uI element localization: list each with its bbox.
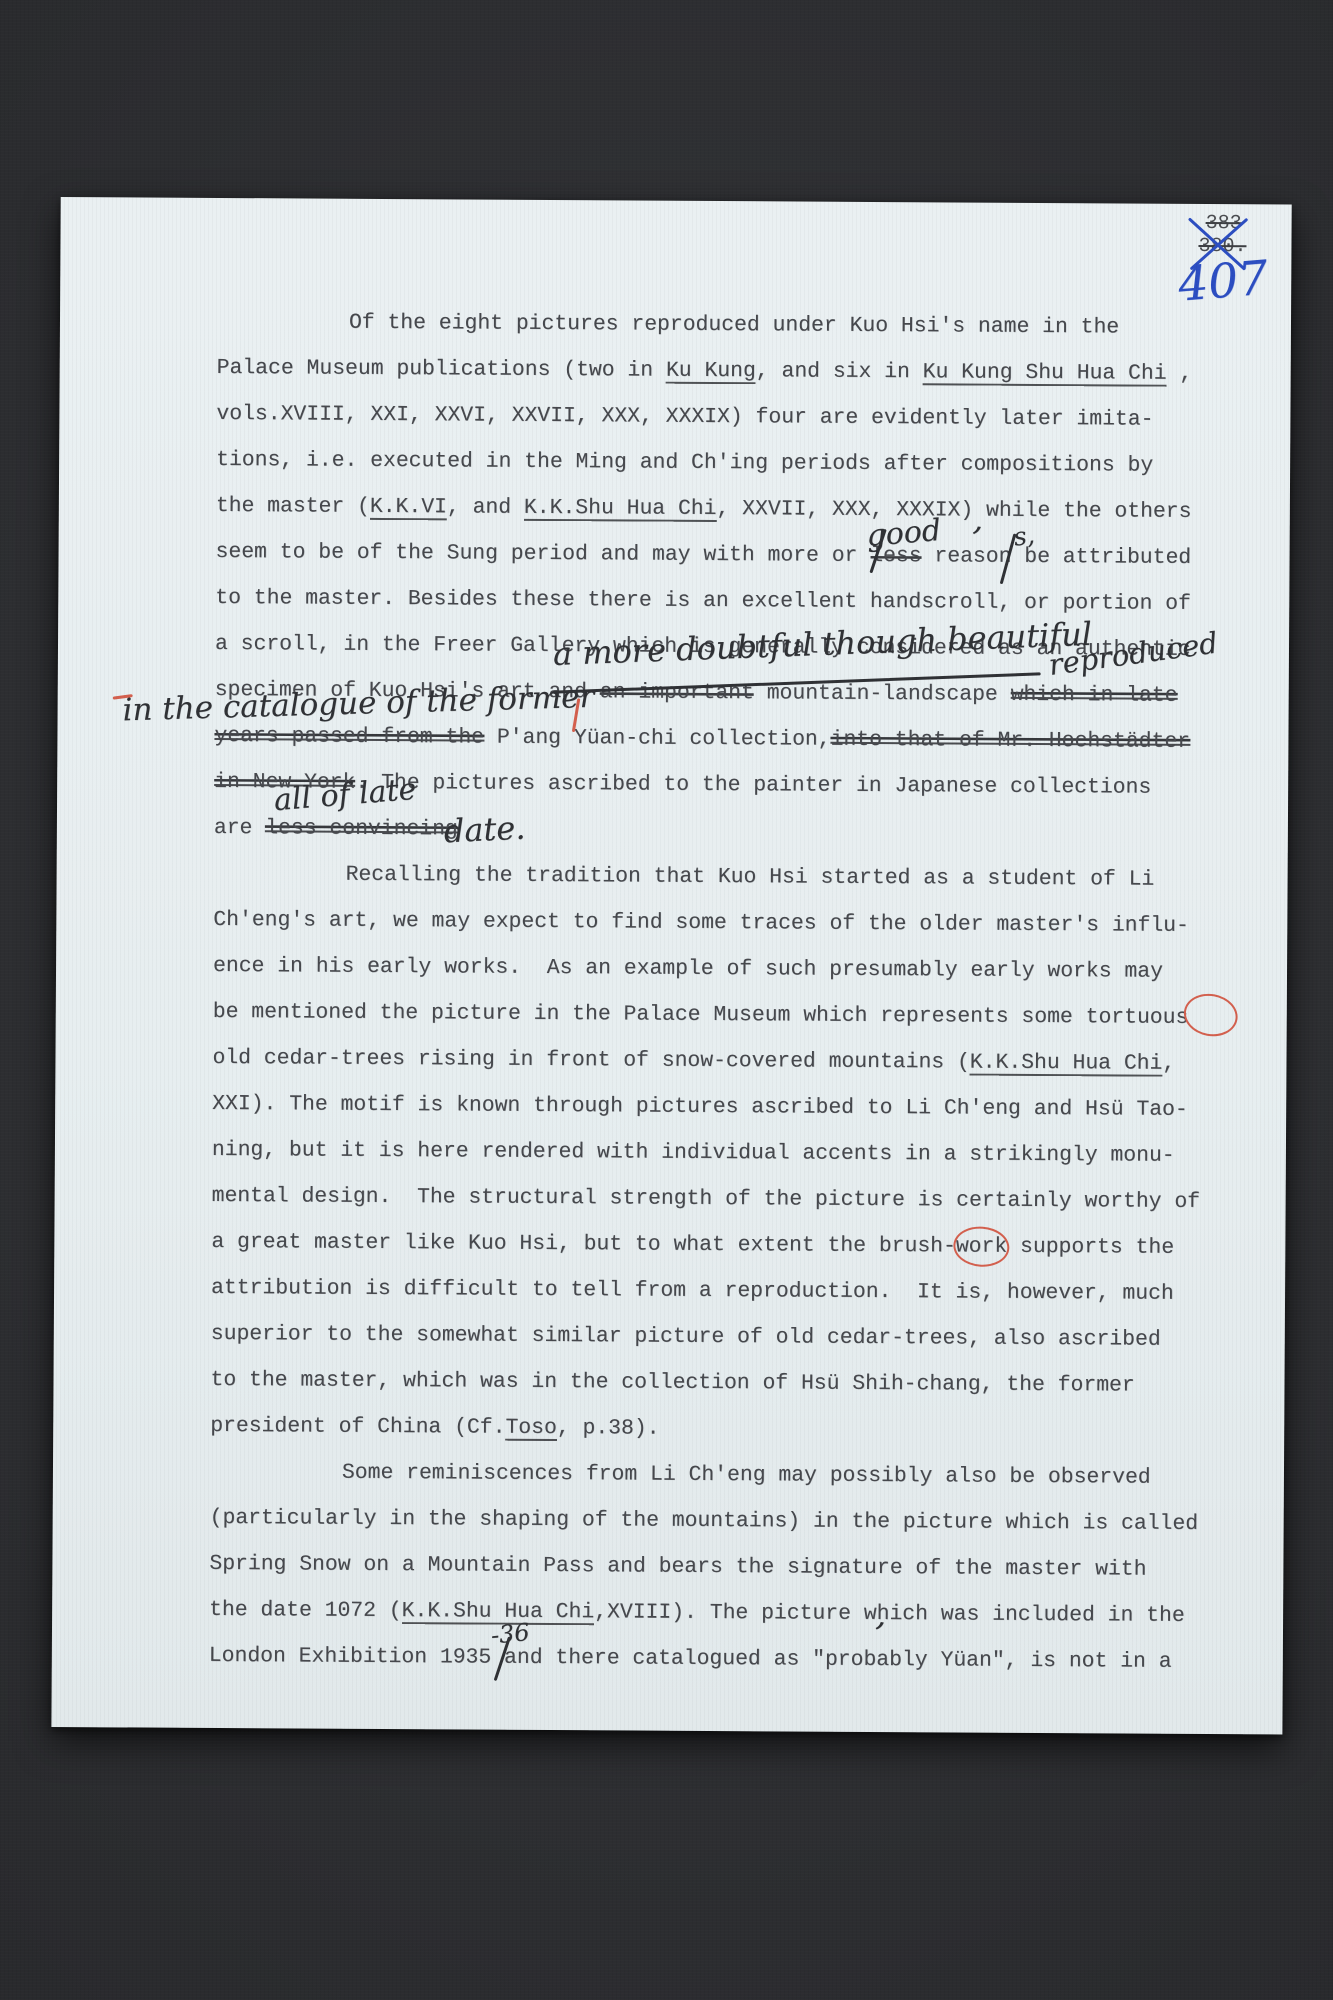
struck-out-text: less convincing <box>265 816 458 841</box>
typed-line: ning, but it is here rendered with indiv… <box>212 1127 1201 1179</box>
typed-line: ence in his early works. As an example o… <box>213 943 1202 995</box>
typed-line: (particularly in the shaping of the moun… <box>210 1495 1199 1547</box>
typed-line: attribution is difficult to tell from a … <box>211 1265 1200 1317</box>
typed-text: , p.38). <box>557 1416 660 1441</box>
typed-text: and there catalogued as "probably Yüan",… <box>491 1646 1171 1674</box>
struck-out-text: years passed from the <box>214 724 484 750</box>
typed-text: seem to be of the Sung period and may wi… <box>216 540 871 568</box>
typed-line: are less convincing <box>214 805 1203 857</box>
struck-out-text: which in late <box>1011 683 1178 708</box>
typed-line: old cedar-trees rising in front of snow-… <box>212 1035 1201 1087</box>
typed-text: mountain-landscape <box>754 681 1011 707</box>
typed-text: mental design. The structural strength o… <box>212 1184 1201 1214</box>
typed-text: , <box>1167 362 1193 386</box>
typed-text: president of China (Cf. <box>210 1414 505 1440</box>
typed-line: mental design. The structural strength o… <box>212 1173 1201 1225</box>
typed-line: president of China (Cf.Toso, p.38). <box>210 1403 1199 1455</box>
typed-line: London Exhibition 1935 and there catalog… <box>209 1633 1198 1685</box>
typed-line: a great master like Kuo Hsi, but to what… <box>211 1219 1200 1271</box>
typed-line: XXI). The motif is known through picture… <box>212 1081 1201 1133</box>
typed-text: , and <box>447 495 524 519</box>
typed-text: XXI). The motif is known through picture… <box>212 1092 1188 1122</box>
typed-text: reason be attributed <box>922 544 1192 570</box>
typed-text: Ch'eng's art, we may expect to find some… <box>213 908 1189 938</box>
typed-text: Recalling the tradition that Kuo Hsi sta… <box>346 863 1155 892</box>
typed-text: be mentioned the picture in the Palace M… <box>213 1000 1189 1030</box>
typed-text: London Exhibition 1935 <box>209 1644 492 1670</box>
insertion-s: s, <box>1012 522 1036 550</box>
typed-line: Ch'eng's art, we may expect to find some… <box>213 897 1202 949</box>
typed-text: the date 1072 ( <box>209 1598 402 1623</box>
typed-text: ning, but it is here rendered with indiv… <box>212 1138 1175 1168</box>
typed-line: superior to the somewhat similar picture… <box>211 1311 1200 1363</box>
typed-text: Palace Museum publications (two in <box>217 356 666 383</box>
typed-text: a great master like Kuo Hsi, but to what… <box>211 1230 1174 1260</box>
handwritten-page-number: 407 <box>1176 251 1270 313</box>
typed-text: , and six in <box>756 359 923 384</box>
paper: 383 380. 407 Of the eight pictures repro… <box>51 197 1291 1734</box>
underlined-text: Ku Kung <box>666 359 756 385</box>
typed-line: vols.XVIII, XXI, XXVI, XXVII, XXX, XXXIX… <box>216 391 1205 443</box>
typed-text: Of the eight pictures reproduced under K… <box>349 311 1119 340</box>
typed-text: ence in his early works. As an example o… <box>213 954 1163 984</box>
typed-text: Spring Snow on a Mountain Pass and bears… <box>209 1552 1146 1582</box>
underlined-text: K.K.VI <box>370 495 447 520</box>
insertion-date: date. <box>443 812 526 848</box>
insertion-36: -36 <box>490 1620 531 1648</box>
typed-line: Some reminiscences from Li Ch'eng may po… <box>210 1449 1199 1501</box>
typed-text: to the master, which was in the collecti… <box>210 1368 1134 1398</box>
typed-line: Spring Snow on a Mountain Pass and bears… <box>209 1541 1198 1593</box>
typed-text: attribution is difficult to tell from a … <box>211 1276 1174 1306</box>
typed-line: Recalling the tradition that Kuo Hsi sta… <box>213 851 1202 903</box>
typed-text: (particularly in the shaping of the moun… <box>210 1506 1199 1536</box>
typed-text: , <box>1162 1052 1175 1076</box>
typed-text: ,XVIII). The picture which was included … <box>594 1600 1185 1628</box>
struck-out-text: into that of Mr. Hochstädter <box>831 728 1191 754</box>
typed-line: be mentioned the picture in the Palace M… <box>213 989 1202 1041</box>
typed-text: tions, i.e. executed in the Ming and Ch'… <box>216 448 1153 478</box>
typed-text: Some reminiscences from Li Ch'eng may po… <box>342 1461 1151 1490</box>
typed-text: vols.XVIII, XXI, XXVI, XXVII, XXX, XXXIX… <box>216 402 1153 432</box>
typed-text: are <box>214 816 266 840</box>
typed-line: the master (K.K.VI, and K.K.Shu Hua Chi,… <box>216 483 1205 535</box>
typed-line: Of the eight pictures reproduced under K… <box>217 299 1206 351</box>
typed-text: old cedar-trees rising in front of snow-… <box>212 1046 969 1075</box>
underlined-text: Toso <box>505 1416 557 1441</box>
typed-line: to the master, which was in the collecti… <box>210 1357 1199 1409</box>
typed-text: superior to the somewhat similar picture… <box>211 1322 1161 1352</box>
typed-line: Palace Museum publications (two in Ku Ku… <box>217 345 1206 397</box>
typed-text: . The pictures ascribed to the painter i… <box>355 771 1151 800</box>
photographed-document-scene: 383 380. 407 Of the eight pictures repro… <box>0 0 1333 2000</box>
typed-text: the master ( <box>216 494 370 519</box>
underlined-text: K.K.Shu Hua Chi <box>970 1051 1163 1077</box>
typed-line: seem to be of the Sung period and may wi… <box>215 529 1204 581</box>
typed-text: while the others <box>973 499 1191 524</box>
typed-text: to the master. Besides these there is an… <box>215 586 1191 616</box>
underlined-text: K.K.Shu Hua Chi <box>524 496 717 522</box>
typed-text: P'ang Yüan-chi collection, <box>484 726 831 752</box>
typed-line: the date 1072 (K.K.Shu Hua Chi,XVIII). T… <box>209 1587 1198 1639</box>
typed-line: tions, i.e. executed in the Ming and Ch'… <box>216 437 1205 489</box>
typescript: Of the eight pictures reproduced under K… <box>209 299 1206 1685</box>
underlined-text: Ku Kung Shu Hua Chi <box>923 360 1167 386</box>
